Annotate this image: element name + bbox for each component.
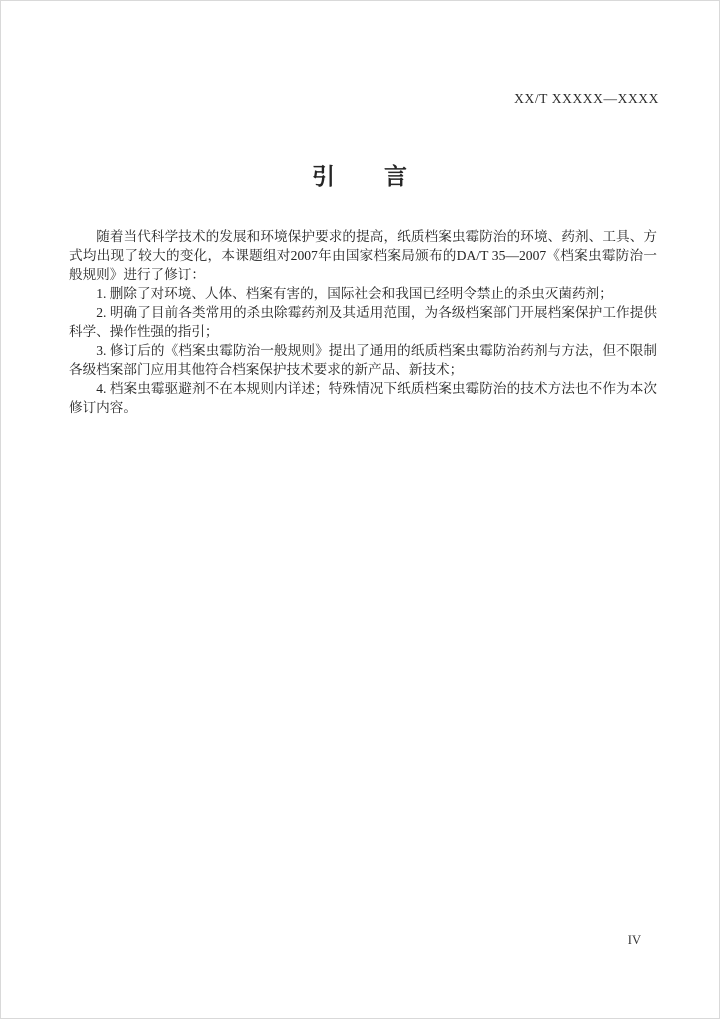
revision-item-2: 2. 明确了目前各类常用的杀虫除霉药剂及其适用范围，为各级档案部门开展档案保护工… xyxy=(69,303,657,341)
page-title: 引 言 xyxy=(1,158,719,191)
revision-item-1: 1. 删除了对环境、人体、档案有害的，国际社会和我国已经明令禁止的杀虫灭菌药剂； xyxy=(69,284,657,303)
document-body: 随着当代科学技术的发展和环境保护要求的提高，纸质档案虫霉防治的环境、药剂、工具、… xyxy=(69,227,657,417)
page-number: IV xyxy=(628,933,641,948)
intro-paragraph: 随着当代科学技术的发展和环境保护要求的提高，纸质档案虫霉防治的环境、药剂、工具、… xyxy=(69,227,657,284)
document-page: XX/T XXXXX—XXXX 引 言 随着当代科学技术的发展和环境保护要求的提… xyxy=(0,0,720,1019)
revision-item-4: 4. 档案虫霉驱避剂不在本规则内详述；特殊情况下纸质档案虫霉防治的技术方法也不作… xyxy=(69,379,657,417)
revision-item-3: 3. 修订后的《档案虫霉防治一般规则》提出了通用的纸质档案虫霉防治药剂与方法，但… xyxy=(69,341,657,379)
standard-code: XX/T XXXXX—XXXX xyxy=(514,91,659,107)
